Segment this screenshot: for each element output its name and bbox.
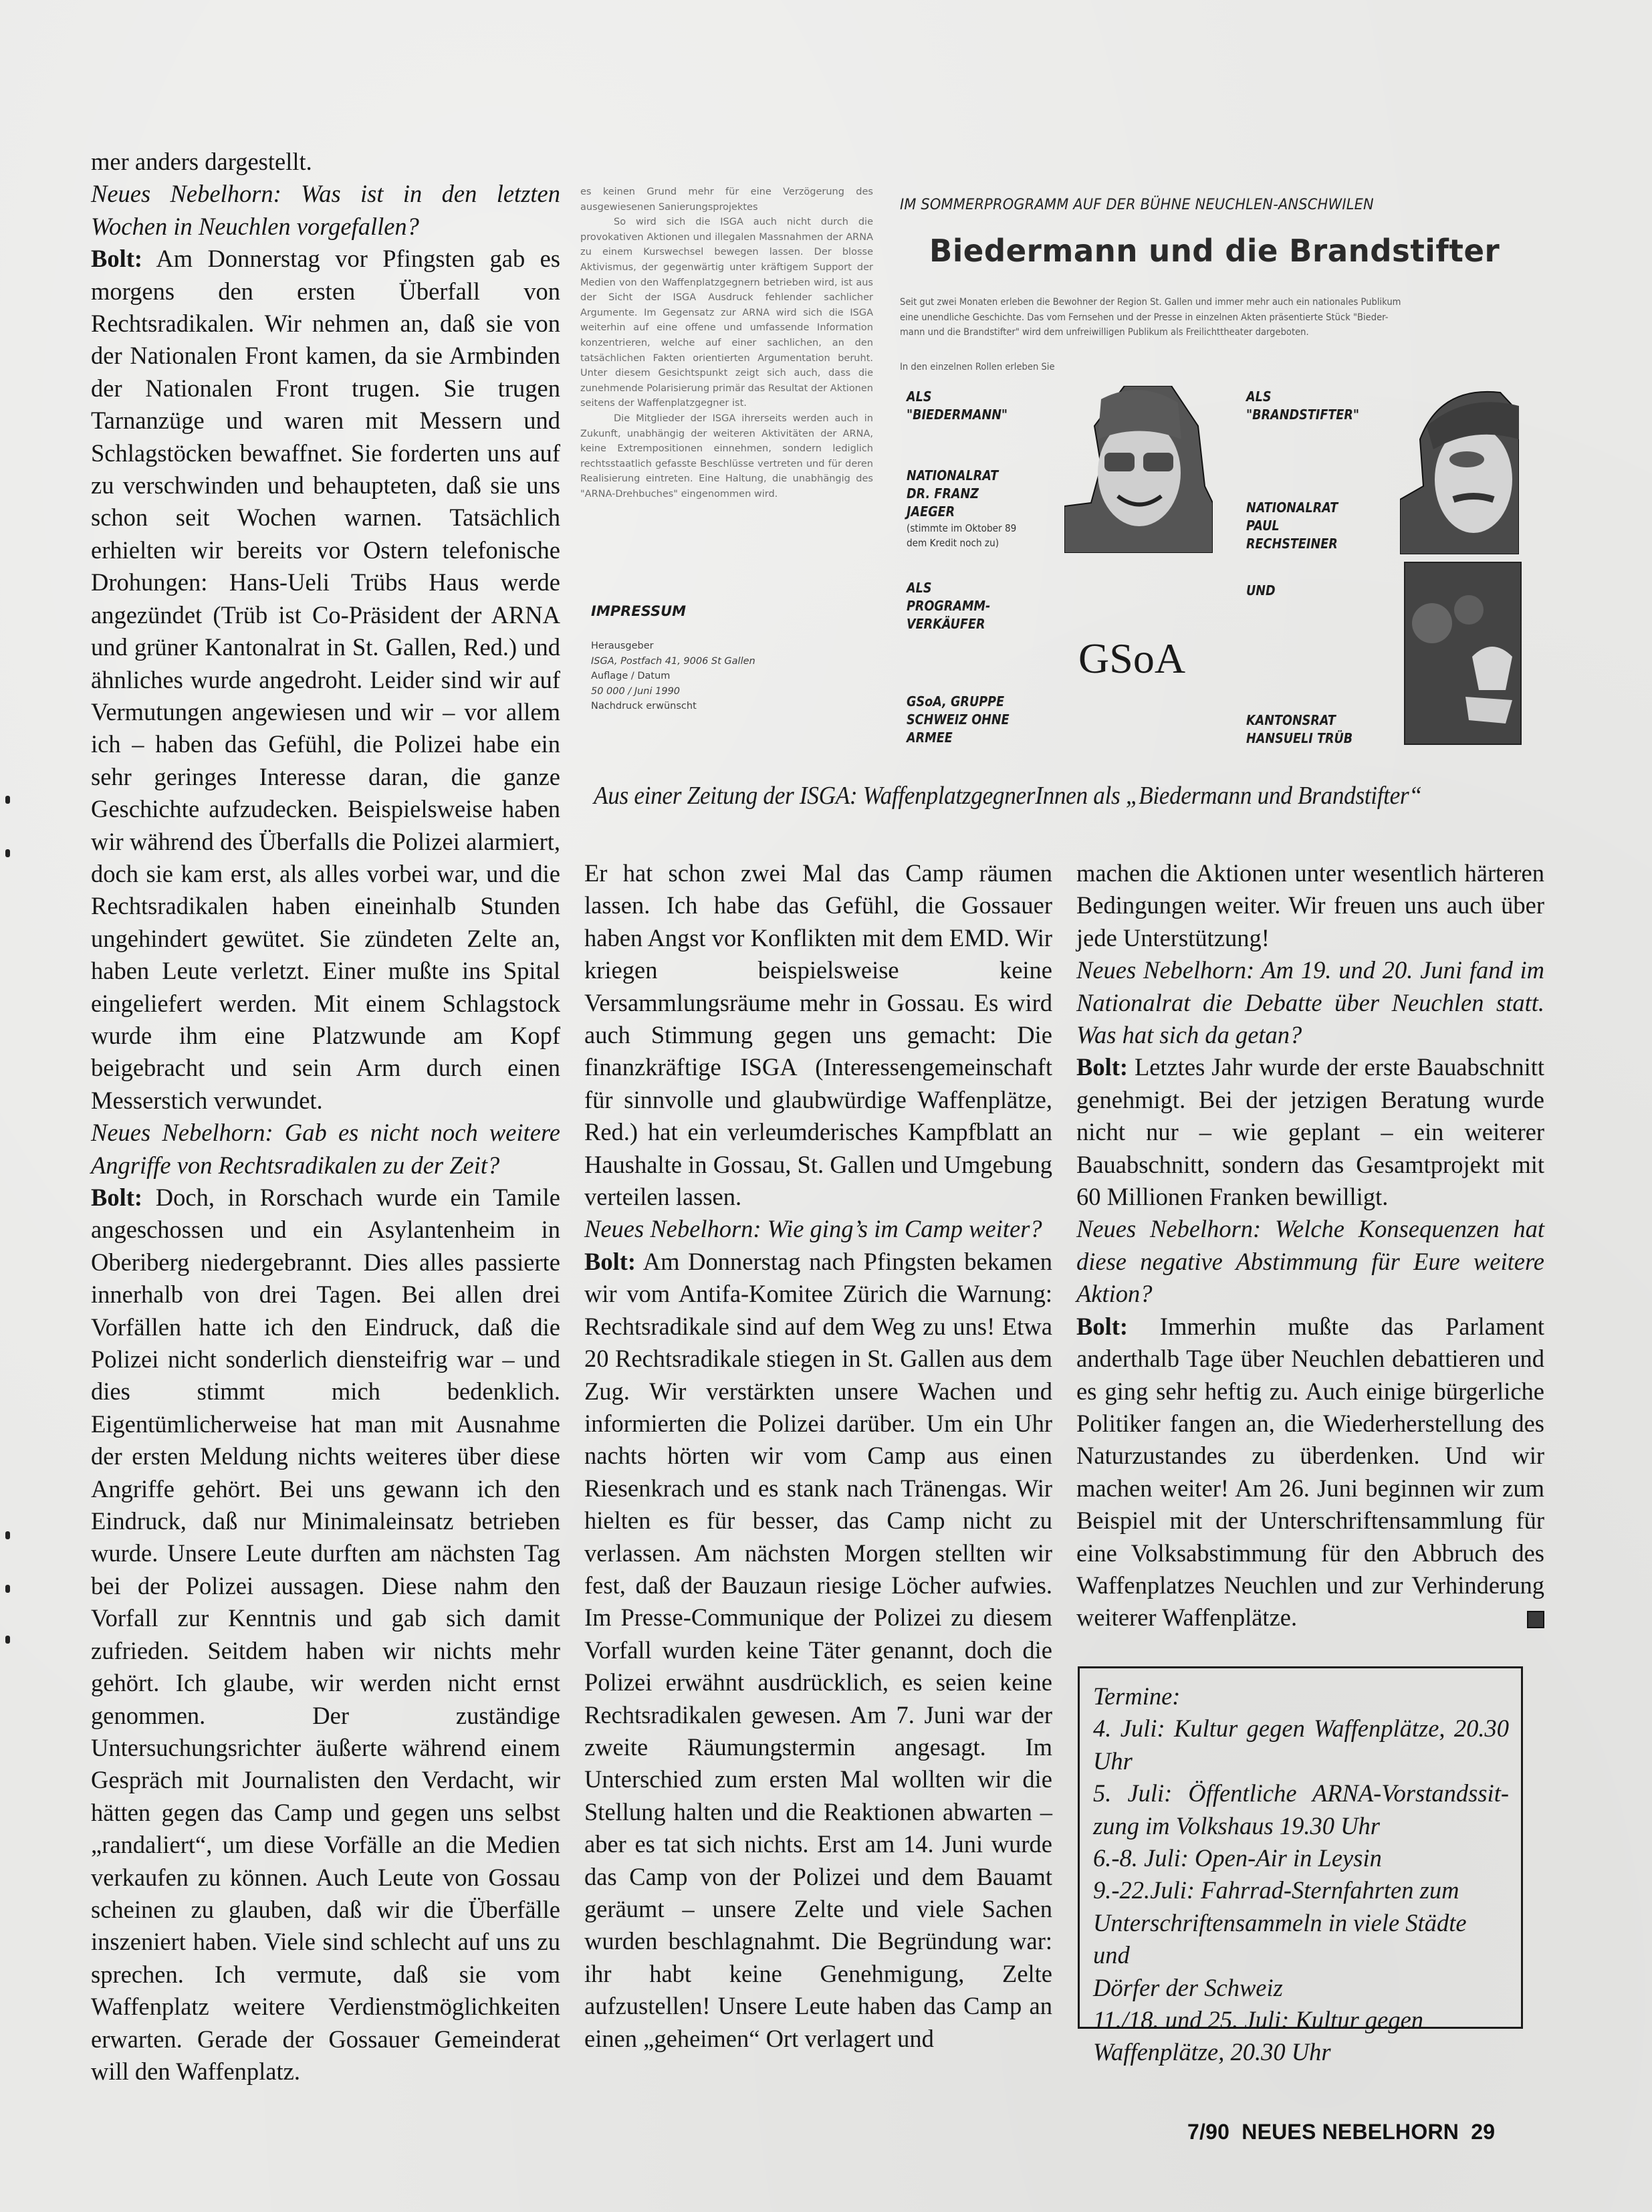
margin-mark [5, 796, 10, 804]
answer-speaker: Bolt: [91, 1184, 142, 1211]
portrait-icon [1400, 386, 1519, 554]
answer-speaker: Bolt: [91, 245, 142, 272]
margin-mark [5, 1636, 10, 1644]
margin-mark [5, 1531, 10, 1539]
event-line: Uhr [1093, 1745, 1509, 1777]
interview-question: Neues Nebelhorn: Am 19. und 20. Juni fan… [1076, 954, 1544, 1051]
gsoa-logo: GSoA [1078, 634, 1185, 683]
interview-answer: Bolt: Am Donnerstag nach Pfingsten bekam… [584, 1246, 1052, 2055]
article-column-left: mer anders dargestellt. Neues Nebelhorn:… [91, 146, 560, 2088]
question-speaker: Neues Nebelhorn: [91, 180, 281, 207]
role-line: NATIONALRAT [907, 467, 1016, 485]
answer-text: Doch, in Rorschach wurde ein Tamile ange… [91, 1184, 560, 2085]
clipping-paragraph: So wird sich die ISGA auch nicht durch d… [580, 215, 873, 411]
role-line: UND [1246, 582, 1276, 600]
role-line: HANSUELI TRÜB [1246, 730, 1352, 748]
event-line: 11./18. und 25. Juli: Kultur gegen [1093, 2004, 1509, 2036]
photo-paul-rechsteiner [1400, 386, 1519, 554]
events-title: Termine: [1093, 1680, 1509, 1712]
role-line: "BIEDERMANN" [907, 406, 1008, 424]
clipping-paragraph: Die Mitglieder der ISGA ihrerseits werde… [580, 411, 873, 502]
impressum-reprint: Nachdruck erwünscht [591, 699, 755, 714]
interview-answer: Bolt: Am Donnerstag vor Pfingsten gab es… [91, 243, 560, 1117]
clipping-text-column: es keinen Grund mehr für eine Verzögerun… [580, 185, 873, 502]
event-line: Dörfer der Schweiz [1093, 1972, 1509, 2004]
answer-text: Immerhin mußte das Parlament anderthalb … [1076, 1313, 1544, 1632]
clipping-kicker: IM SOMMERPROGRAMM AUF DER BÜHNE NEUCHLEN… [900, 196, 1459, 213]
event-line: 9.-22.Juli: Fahrrad-Sternfahrten zum [1093, 1874, 1509, 1906]
role-brandstifter-actor-2: KANTONSRAT HANSUELI TRÜB [1246, 711, 1352, 748]
article-column-middle: Er hat schon zwei Mal das Camp räumen la… [584, 857, 1052, 2055]
question-speaker: Neues Nebelhorn: [584, 1215, 761, 1242]
events-box: Termine: 4. Juli: Kultur gegen Waffenplä… [1078, 1666, 1523, 2029]
clipping-intro-line: Seit gut zwei Monaten erleben die Bewohn… [900, 295, 1429, 310]
impressum-edition-label: Auflage / Datum [591, 669, 755, 684]
question-speaker: Neues Nebelhorn: [1076, 1215, 1261, 1242]
answer-speaker: Bolt: [584, 1248, 636, 1275]
role-vendor-actor: GSoA, GRUPPE SCHWEIZ OHNE ARMEE [907, 693, 1010, 747]
impressum-publisher: ISGA, Postfach 41, 9006 St Gallen [591, 654, 755, 669]
role-line: PROGRAMM- [907, 597, 990, 615]
page-footer: 7/90 NEUES NEBELHORN 29 [1187, 2120, 1495, 2144]
portrait-icon [1405, 563, 1520, 744]
answer-text: Letztes Jahr wurde der erste Bauabschnit… [1076, 1053, 1544, 1210]
impressum-block: Herausgeber ISGA, Postfach 41, 9006 St G… [591, 639, 755, 714]
event-line: 4. Juli: Kultur gegen Waffenplätze, 20.3… [1093, 1712, 1509, 1745]
clipping-paragraph: es keinen Grund mehr für eine Verzögerun… [580, 185, 873, 215]
role-line: KANTONSRAT [1246, 711, 1352, 730]
portrait-icon [1064, 386, 1213, 553]
role-vendor-label: ALS PROGRAMM- VERKÄUFER [907, 579, 990, 633]
role-line: ALS [1246, 388, 1359, 406]
role-line: NATIONALRAT [1246, 499, 1338, 517]
paragraph: mer anders dargestellt. [91, 146, 560, 178]
article-column-right: machen die Aktionen unter wesentlich här… [1076, 857, 1544, 1634]
role-line: GSoA, GRUPPE [907, 693, 1010, 711]
margin-mark [5, 849, 10, 857]
clipping-intro-line: mann und die Brandstifter" wird dem unfr… [900, 325, 1429, 340]
question-speaker: Neues Nebelhorn: [1076, 956, 1254, 984]
role-biedermann-actor: NATIONALRAT DR. FRANZ JAEGER (stimmte im… [907, 467, 1016, 550]
role-note: (stimmte im Oktober 89 [907, 521, 1016, 536]
clipping-intro-line: eine unendliche Geschichte. Das vom Fern… [900, 310, 1429, 326]
impressum-publisher-label: Herausgeber [591, 639, 755, 654]
role-line: PAUL [1246, 517, 1338, 535]
role-line: ARMEE [907, 729, 1010, 747]
role-biedermann-label: ALS "BIEDERMANN" [907, 388, 1008, 424]
photo-hansueli-trueb [1404, 562, 1522, 745]
interview-question: Neues Nebelhorn: Gab es nicht noch weite… [91, 1117, 560, 1182]
clipping-intro: Seit gut zwei Monaten erleben die Bewohn… [900, 295, 1429, 340]
interview-question: Neues Nebelhorn: Wie ging’s im Camp weit… [584, 1213, 1052, 1245]
clipping-title: Biedermann und die Brandstifter [929, 233, 1500, 269]
impressum-edition: 50 000 / Juni 1990 [591, 684, 755, 699]
interview-answer: Bolt: Letztes Jahr wurde der erste Bauab… [1076, 1051, 1544, 1213]
role-line: "BRANDSTIFTER" [1246, 406, 1359, 424]
question-text: Wie ging’s im Camp weiter? [761, 1215, 1042, 1242]
role-line: ALS [907, 388, 1008, 406]
role-line: RECHSTEINER [1246, 535, 1338, 553]
roles-intro: In den einzelnen Rollen erleben Sie [900, 361, 1055, 372]
answer-speaker: Bolt: [1076, 1313, 1128, 1340]
interview-answer: Bolt: Immerhin mußte das Parlament ander… [1076, 1311, 1544, 1634]
photo-franz-jaeger [1064, 386, 1213, 553]
role-note: dem Kredit noch zu) [907, 536, 1016, 550]
role-line: SCHWEIZ OHNE [907, 711, 1010, 729]
end-of-article-square-icon [1527, 1611, 1544, 1628]
event-line: 6.-8. Juli: Open-Air in Leysin [1093, 1842, 1509, 1874]
role-brandstifter-label: ALS "BRANDSTIFTER" [1246, 388, 1359, 424]
event-line: zung im Volkshaus 19.30 Uhr [1093, 1810, 1509, 1842]
answer-text: Am Donnerstag nach Pfingsten bekamen wir… [584, 1248, 1052, 2052]
role-line: JAEGER [907, 503, 1016, 521]
margin-mark [5, 1585, 10, 1593]
role-line: DR. FRANZ [907, 485, 1016, 503]
answer-text: Am Donnerstag vor Pfingsten gab es morge… [91, 245, 560, 1114]
paragraph: machen die Aktionen unter wesentlich här… [1076, 857, 1544, 954]
interview-question: Neues Nebelhorn: Welche Konsequenzen hat… [1076, 1213, 1544, 1310]
interview-answer: Bolt: Doch, in Rorschach wurde ein Tamil… [91, 1182, 560, 2088]
role-und: UND [1246, 582, 1276, 600]
event-line: Waffenplätze, 20.30 Uhr [1093, 2036, 1509, 2068]
role-line: VERKÄUFER [907, 615, 990, 633]
photo-caption: Aus einer Zeitung der ISGA: Waffenplatzg… [594, 781, 1422, 810]
question-speaker: Neues Nebelhorn: [91, 1119, 273, 1146]
role-line: ALS [907, 579, 990, 597]
answer-speaker: Bolt: [1076, 1053, 1128, 1081]
role-brandstifter-actor: NATIONALRAT PAUL RECHSTEINER [1246, 499, 1338, 553]
event-line: Unterschriftensammeln in viele Städte un… [1093, 1907, 1509, 1972]
interview-question: Neues Nebelhorn: Was ist in den letzten … [91, 178, 560, 243]
event-line: 5. Juli: Öffentliche ARNA-Vorstandssit- [1093, 1777, 1509, 1809]
impressum-heading: IMPRESSUM [591, 603, 686, 619]
paragraph: Er hat schon zwei Mal das Camp räumen la… [584, 857, 1052, 1213]
